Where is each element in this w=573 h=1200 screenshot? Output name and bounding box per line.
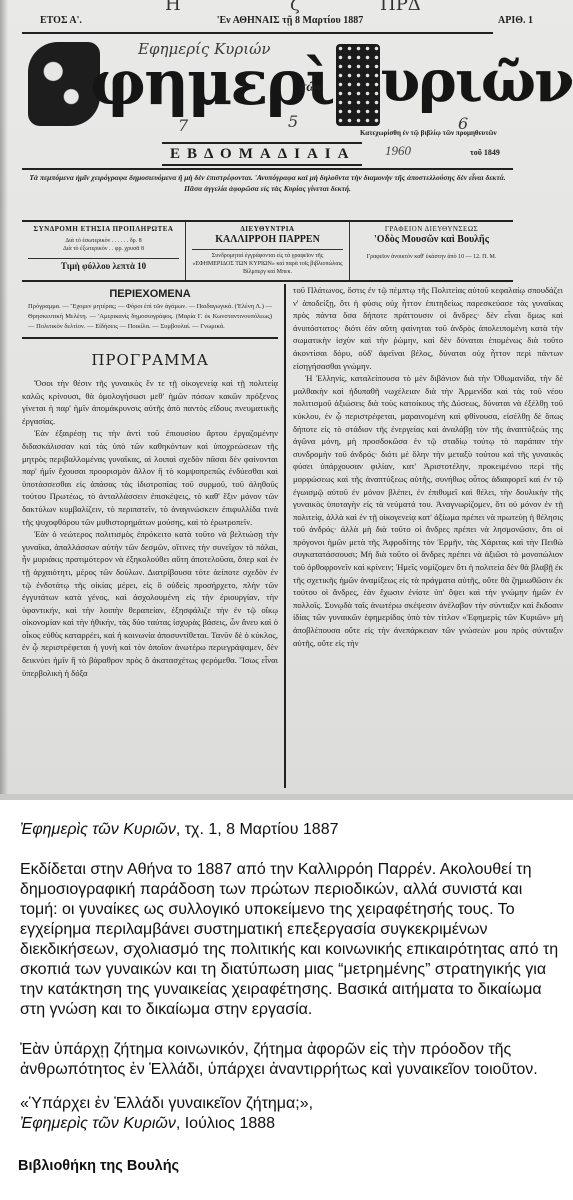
director-name: ΚΑΛΛΙΡΡΟΗ ΠΑΡΡΕΝ bbox=[192, 234, 343, 245]
office-heading: ΓΡΑΦΕΙΟΝ ΔΙΕΥΘΥΝΣΕΩΣ bbox=[356, 225, 507, 233]
catalog-number: 1960 bbox=[385, 143, 411, 159]
caption: Ἐφημερὶς τῶν Κυριῶν, τχ. 1, 8 Μαρτίου 18… bbox=[20, 820, 560, 1134]
subscription-heading: ΣΥΝΔΡΟΜΗ ΕΤΗΣΙΑ ΠΡΟΠΛΗΡΩΤΕΑ bbox=[28, 225, 179, 233]
year-label: ΕΤΟΣ Α'. bbox=[40, 15, 82, 26]
title-word-2: υριῶν bbox=[380, 52, 572, 110]
article-paragraph: Ὅσοι τὴν θέσιν τῆς γυναικὸς ἔν τε τῇ οἰκ… bbox=[22, 377, 278, 427]
ornate-initial-k bbox=[336, 44, 380, 126]
office-hours: Γραφεῖον ἀνοικτὸν καθ' ἑκάστην ἀπὸ 10 — … bbox=[356, 253, 507, 261]
right-column: τοῦ Πλάτωνος, ὅστις ἐν τῷ πέμπτῳ τῆς Πολ… bbox=[284, 284, 563, 788]
caption-title-italic: Ἐφημερὶς τῶν Κυριῶν bbox=[20, 821, 176, 838]
article-paragraph: Ἡ Ἑλληνίς, καταλείπουσα τὸ μὲν διβάνιον … bbox=[293, 372, 563, 649]
catalog-note: Κατεχωρίσθη ἐν τῷ βιβλίῳ τῶν προμηθευτῶν bbox=[360, 129, 497, 137]
caption-title-issue: , τχ. 1, 8 Μαρτίου 1887 bbox=[176, 821, 339, 838]
masthead-info: ΕΤΟΣ Α'. 'Εν ΑΘΗΝΑΙΣ τῇ 8 Μαρτίου 1887 Α… bbox=[40, 12, 533, 28]
subscription-domestic: Διὰ τὸ ἐσωτερικὸν . . . . . . δρ. 8 bbox=[28, 237, 179, 245]
subscription-box: ΣΥΝΔΡΟΜΗ ΕΤΗΣΙΑ ΠΡΟΠΛΗΡΩΤΕΑ Διὰ τὸ ἐσωτε… bbox=[22, 222, 185, 280]
title-word-1: φημερὶς bbox=[90, 52, 369, 114]
quote-source-title: «Ὑπάρχει ἐν Ἑλλάδι γυναικεῖον ζήτημα;», bbox=[20, 1094, 560, 1114]
caption-description: Εκδίδεται στην Αθήνα το 1887 από την Καλ… bbox=[20, 860, 560, 1020]
masthead-rule bbox=[22, 32, 493, 34]
contents-rule bbox=[22, 337, 278, 339]
caption-quote: Ἐὰν ὑπάρχῃ ζήτημα κοινωνικόν, ζήτημα ἀφο… bbox=[20, 1040, 560, 1080]
handwritten-mark: 7 bbox=[178, 116, 188, 135]
handwritten-annotation: Εφημερίς Κυριών bbox=[138, 40, 270, 58]
catalog-year: τοῦ 1849 bbox=[470, 148, 500, 157]
contents-list: Πρόγραμμα. — Ἔχομεν μητέρας; — Φόροι ἐπὶ… bbox=[22, 302, 278, 332]
place-date: 'Εν ΑΘΗΝΑΙΣ τῇ 8 Μαρτίου 1887 bbox=[217, 15, 364, 26]
director-heading: ΔΙΕΥΘΥΝΤΡΙΑ bbox=[192, 225, 343, 233]
weekly-label: ΕΒΔΟΜΑΔΙΑΙΑ bbox=[162, 142, 362, 166]
director-box: ΔΙΕΥΘΥΝΤΡΙΑ ΚΑΛΛΙΡΡΟΗ ΠΑΡΡΕΝ Συνδρομηταὶ… bbox=[185, 222, 349, 280]
article-columns: ΠΕΡΙΕΧΟΜΕΝΑ Πρόγραμμα. — Ἔχομεν μητέρας;… bbox=[22, 284, 563, 788]
info-row: ΣΥΝΔΡΟΜΗ ΕΤΗΣΙΑ ΠΡΟΠΛΗΡΩΤΕΑ Διὰ τὸ ἐσωτε… bbox=[22, 220, 513, 282]
handwritten-marks-top: Η ζ ΠΡΔ bbox=[0, 0, 573, 12]
office-address: 'Οδὸς Μουσῶν καὶ Βουλῆς bbox=[356, 234, 507, 245]
handwritten-mark: 5 bbox=[288, 112, 298, 131]
quote-source-date: , Ιούλιος 1888 bbox=[176, 1115, 275, 1132]
article-paragraph: τοῦ Πλάτωνος, ὅστις ἐν τῷ πέμπτῳ τῆς Πολ… bbox=[293, 284, 563, 372]
article-paragraph: Ἐὰν ἐξαιρέσῃ τις τὴν ἀντὶ τοῦ ἐπιουσίου … bbox=[22, 427, 278, 528]
quote-source: Ἐφημερὶς τῶν Κυριῶν, Ιούλιος 1888 bbox=[20, 1114, 560, 1134]
contents-title: ΠΕΡΙΕΧΟΜΕΝΑ bbox=[22, 288, 278, 300]
article-paragraph: Ἐὰν ὁ νεώτερος πολιτισμὸς ἐπρόκειτο κατὰ… bbox=[22, 528, 278, 679]
image-credit: Βιβλιοθήκη της Βουλής bbox=[18, 1158, 179, 1174]
subscription-foreign: Διὰ τὸ ἐξωτερικὸν . . φρ. χρυσᾶ 8 bbox=[28, 245, 179, 253]
issue-number: ΑΡΙΘ. 1 bbox=[498, 15, 533, 26]
notice-rule bbox=[22, 168, 513, 170]
director-note: Συνδρομηταὶ ἐγγράφονται εἰς τὰ γραφεῖον … bbox=[192, 249, 343, 276]
left-column: ΠΕΡΙΕΧΟΜΕΝΑ Πρόγραμμα. — Ἔχομεν μητέρας;… bbox=[22, 284, 284, 788]
quote-source-italic: Ἐφημερὶς τῶν Κυριῶν bbox=[20, 1115, 176, 1132]
caption-title: Ἐφημερὶς τῶν Κυριῶν, τχ. 1, 8 Μαρτίου 18… bbox=[20, 820, 560, 840]
submission-notice: Τὰ πεμπόμενα ἡμῖν χειρόγραφα δημοσιευόμε… bbox=[22, 172, 513, 194]
office-box: ΓΡΑΦΕΙΟΝ ΔΙΕΥΘΥΝΣΕΩΣ 'Οδὸς Μουσῶν καὶ Βο… bbox=[349, 222, 513, 280]
title-ton: τῶν bbox=[300, 80, 323, 96]
newspaper-title: φημερὶς τῶν υριῶν Εφημερίς Κυριών 7 5 6 bbox=[18, 38, 518, 133]
programma-heading: ΠΡΟΓΡΑΜΜΑ bbox=[22, 351, 278, 369]
newspaper-scan: Η ζ ΠΡΔ ΕΤΟΣ Α'. 'Εν ΑΘΗΝΑΙΣ τῇ 8 Μαρτίο… bbox=[0, 0, 573, 800]
issue-price: Τιμὴ φύλλου λεπτὰ 10 bbox=[28, 258, 179, 271]
